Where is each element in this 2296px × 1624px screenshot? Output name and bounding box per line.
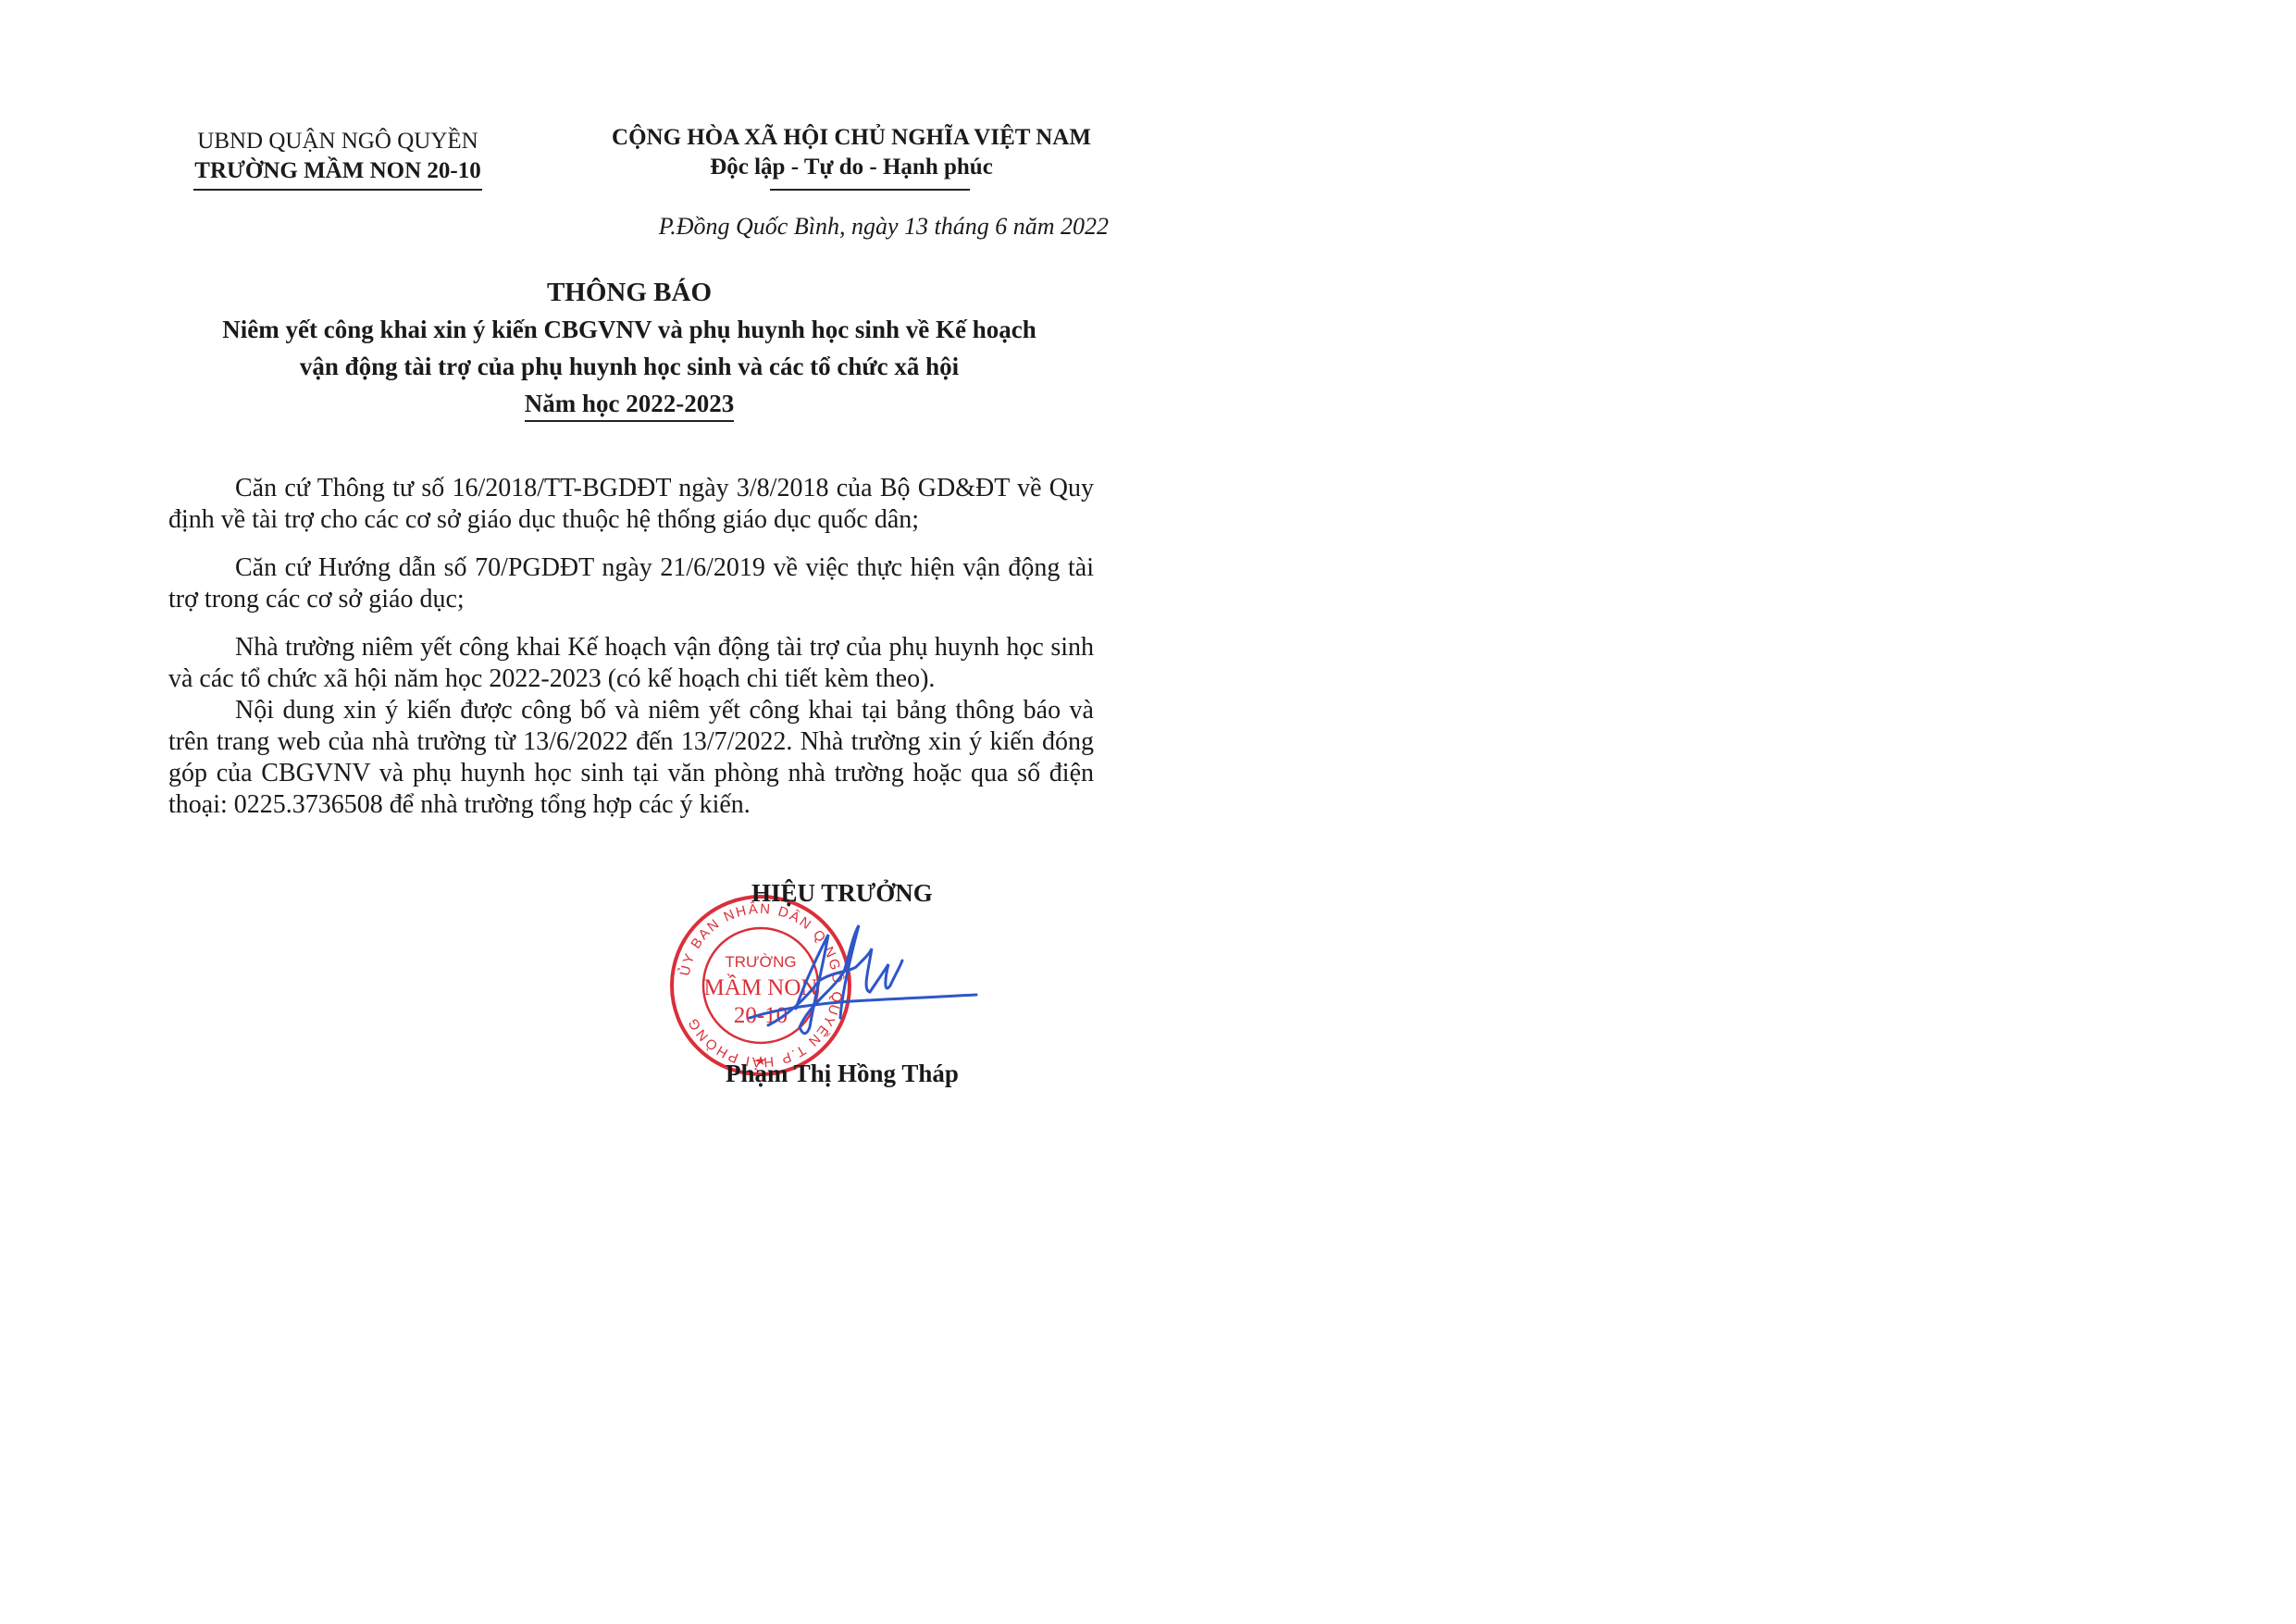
motto-underline: [770, 189, 970, 191]
authority-school: TRƯỜNG MẦM NON 20-10: [167, 156, 509, 186]
signatory-name: Phạm Thị Hồng Tháp: [726, 1060, 959, 1088]
title-line-2: vận động tài trợ của phụ huynh học sinh …: [167, 348, 1092, 385]
paragraph-legal-basis-1: Căn cứ Thông tư số 16/2018/TT-BGDĐT ngày…: [168, 473, 1094, 536]
document-date: P.Đồng Quốc Bình, ngày 13 tháng 6 năm 20…: [592, 213, 1109, 241]
authority-district: UBND QUẬN NGÔ QUYỀN: [167, 127, 509, 156]
title-year: Năm học 2022-2023: [525, 390, 734, 422]
national-header: CỘNG HÒA XÃ HỘI CHỦ NGHĨA VIỆT NAM Độc l…: [592, 123, 1111, 182]
handwritten-signature-icon: [740, 916, 981, 1055]
paragraph-announcement: Nhà trường niêm yết công khai Kế hoạch v…: [168, 632, 1094, 695]
national-name: CỘNG HÒA XÃ HỘI CHỦ NGHĨA VIỆT NAM: [592, 123, 1111, 153]
national-motto: Độc lập - Tự do - Hạnh phúc: [592, 153, 1111, 182]
title-line-1: Niêm yết công khai xin ý kiến CBGVNV và …: [167, 311, 1092, 348]
paragraph-legal-basis-2: Căn cứ Hướng dẫn số 70/PGDĐT ngày 21/6/2…: [168, 552, 1094, 615]
paragraph-feedback: Nội dung xin ý kiến được công bố và niêm…: [168, 695, 1094, 821]
issuing-authority: UBND QUẬN NGÔ QUYỀN TRƯỜNG MẦM NON 20-10: [167, 127, 509, 186]
title-main: THÔNG BÁO: [167, 274, 1092, 311]
signatory-title: HIỆU TRƯỞNG: [751, 879, 933, 908]
document-body: Căn cứ Thông tư số 16/2018/TT-BGDĐT ngày…: [168, 473, 1094, 821]
authority-underline: [193, 189, 482, 191]
document-title: THÔNG BÁO Niêm yết công khai xin ý kiến …: [167, 274, 1092, 422]
